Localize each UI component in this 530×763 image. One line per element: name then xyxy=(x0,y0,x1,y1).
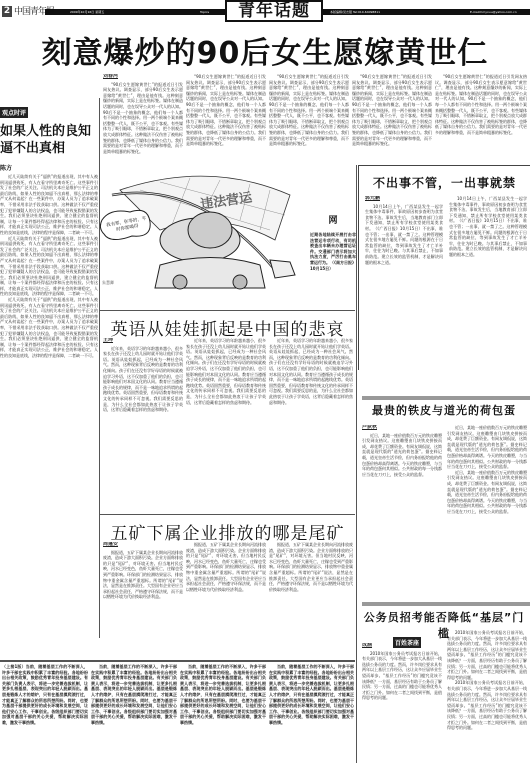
topics-label: Topics xyxy=(200,9,209,15)
main-article-author: 刘春河 xyxy=(103,74,183,80)
bottom-band-text: 当前，随着基层工作的不断深入，许多干部在实践中积累了丰富的经验。各地纷纷出台相关… xyxy=(269,664,354,726)
bottom-band-text: 当前，随着基层工作的不断深入，许多干部在实践中积累了丰富的经验。各地纷纷出台相关… xyxy=(2,664,88,725)
editor-info: 本版编辑/吴志强 Tel:010-64098811 xyxy=(330,9,380,15)
mine-article-col1: 周蓬安 据报道，五矿下属某企业长期向河流排放废渣，造成下游大面积污染。企业方面称… xyxy=(103,542,183,637)
mine-article-text: 据报道，五矿下属某企业长期向河流排放废渣，造成下游大面积污染。企业方面称排放的只… xyxy=(103,550,183,600)
bottom-band-text: 当前，随着基层工作的不断深入，许多干部在实践中积累了丰富的经验。各地纷纷出台相关… xyxy=(91,664,177,726)
english-article-col1: 王坤 近年来，英语学习的年龄越来越小，很多家长在孩子还没上幼儿园时就开始让他们学… xyxy=(103,338,183,478)
cartoon-artist: 朱慧卿 xyxy=(102,280,114,286)
main-headline: 刻意爆炒的90后女生愿嫁黄世仁 xyxy=(0,28,530,72)
mine-article-headline: 五矿下属企业排放的哪是尾矿 xyxy=(100,519,355,544)
civil-article-col1: 成涵 2010年国家公务员考试报名日前开始，有关部门表示，今年将进一步加大从基层… xyxy=(362,643,442,761)
main-article-col1: 刘春河 “90后女生愿嫁黄世仁”的报道近日引发网友热议。调查显示，部分90后女生… xyxy=(103,74,183,166)
english-article-text: 近年来，英语学习的年龄越来越小，很多家长在孩子还没上幼儿园时就开始让他们学英语。… xyxy=(269,338,353,405)
cartoon-caption-title: 网 xyxy=(310,213,356,226)
main-article-col2: “90后女生愿嫁黄世仁”的报道近日引发网友热议。调查显示，部分90后女生表示愿意… xyxy=(186,74,266,166)
english-article-author: 王坤 xyxy=(103,338,183,344)
editorial-cartoon: 违法营运 我有罪，你等的，平时你都喝得 朱慧卿 xyxy=(100,170,310,290)
right-top-author: 郭元鹏 xyxy=(365,196,443,202)
right-top-article: 不出事不管，一出事就禁 郭元鹏 10月14日上午，广西某县发生一起学生集体中毒事… xyxy=(358,165,530,370)
email-info: E-mail:hmyxuu@yahoo.com.cn xyxy=(470,9,517,15)
civil-article-text: 2010年国家公务员考试报名日前开始，有关部门表示，今年将进一步加大从基层一线选… xyxy=(362,651,442,701)
bottom-band-col3: 当前，随着基层工作的不断深入，许多干部在实践中积累了丰富的经验。各地纷纷出台相关… xyxy=(180,664,266,763)
section-title: 青年话题 xyxy=(225,0,323,22)
mine-article-text: 据报道，五矿下属某企业长期向河流排放废渣，造成下游大面积污染。企业方面称排放的只… xyxy=(269,542,353,592)
right-mid-author: 卢荻秋 xyxy=(362,425,442,431)
mine-article-col2: 据报道，五矿下属某企业长期向河流排放废渣，造成下游大面积污染。企业方面称排放的只… xyxy=(186,542,266,637)
english-article-text: 近年来，英语学习的年龄越来越小，很多家长在孩子还没上幼儿园时就开始让他们学英语。… xyxy=(186,338,266,405)
right-top-headline: 不出事不管，一出事就禁 xyxy=(359,174,530,191)
left-article-body: 近几天陆续有关于“逼供”的报道出现，其中有人被刑讯逼供致死，有人在看守所里离奇死… xyxy=(0,174,98,664)
right-top-col1: 郭元鹏 10月14日上午，广西某县发生一起学生集体中毒事件，事故原因初步查明为食… xyxy=(365,196,443,366)
section-divider xyxy=(100,514,355,515)
english-article-text: 近年来，英语学习的年龄越来越小，很多家长在孩子还没上幼儿园时就开始让他们学英语。… xyxy=(103,346,183,413)
bottom-band-col4: 当前，随着基层工作的不断深入，许多干部在实践中积累了丰富的经验。各地纷纷出台相关… xyxy=(269,664,354,763)
right-mid-text-cont: 近日，某地一座价值数百万元的铁皮雕塑引发网友热议。这座雕塑由几块铁皮拼接而成，却… xyxy=(447,470,527,515)
right-mid-col2: 近日，某地一座价值数百万元的铁皮雕塑引发网友热议。这座雕塑由几块铁皮拼接而成，却… xyxy=(447,425,527,595)
left-article-text-cont: 近几天陆续有关于“逼供”的报道出现，其中有人被刑讯逼供致死，有人在看守所里离奇死… xyxy=(0,236,98,298)
right-top-text: 10月14日上午，广西某县发生一起学生集体中毒事件，事故原因初步查明为食堂食物不… xyxy=(449,196,527,258)
civil-article-text: 2010年国家公务员考试报名日前开始，有关部门表示，今年将进一步加大从基层一线选… xyxy=(447,630,527,680)
right-column-divider xyxy=(356,165,357,763)
left-article-text: 近几天陆续有关于“逼供”的报道出现，其中有人被刑讯逼供致死，有人在看守所里离奇死… xyxy=(0,174,98,236)
mine-article-author: 周蓬安 xyxy=(103,542,183,548)
cartoon-caption: 网 近期各地陆续开展打击非法营运专项行动，有司机被查出车辆未办理营运证件。交通部… xyxy=(310,213,356,302)
left-article-author: 陈方 xyxy=(0,163,98,172)
main-article-col4: “90后女生愿嫁黄世仁”的报道近日引发网友热议。调查显示，部分90后女生表示愿意… xyxy=(352,74,432,154)
bottom-band-text: 当前，随着基层工作的不断深入，许多干部在实践中积累了丰富的经验。各地纷纷出台相关… xyxy=(180,664,266,726)
bottom-band-col2: 当前，随着基层工作的不断深入，许多干部在实践中积累了丰富的经验。各地纷纷出台相关… xyxy=(91,664,177,763)
right-mid-text: 近日，某地一座价值数百万元的铁皮雕塑引发网友热议。这座雕塑由几块铁皮拼接而成，却… xyxy=(447,425,527,470)
main-article-text: “90后女生愿嫁黄世仁”的报道近日引发网友热议。调查显示，部分90后女生表示愿意… xyxy=(103,82,183,155)
page-number: 2 xyxy=(2,6,12,17)
right-top-text: 10月14日上午，广西某县发生一起学生集体中毒事件，事故原因初步查明为食堂食物不… xyxy=(365,204,443,266)
right-mid-headline: 最贵的铁皮与道光的荷包蛋 xyxy=(358,402,530,418)
main-article-text: “90后女生愿嫁黄世仁”的报道近日引发网友热议。调查显示，部分90后女生表示愿意… xyxy=(269,74,349,147)
bottom-divider xyxy=(0,660,355,662)
civil-article-text-cont: 2010年国家公务员考试报名日前开始，有关部门表示，今年将进一步加大从基层一线选… xyxy=(447,680,527,730)
english-article-col2: 近年来，英语学习的年龄越来越小，很多家长在孩子还没上幼儿园时就开始让他们学英语。… xyxy=(186,338,266,478)
bottom-band-lead: （上接1版） xyxy=(2,664,26,669)
civil-article-col2: 2010年国家公务员考试报名日前开始，有关部门表示，今年将进一步加大从基层一线选… xyxy=(447,630,527,761)
column-tag: 观点时评 xyxy=(0,107,28,118)
main-article-text: “90后女生愿嫁黄世仁”的报道近日引发网友热议。调查显示，部分90后女生表示愿意… xyxy=(352,74,432,147)
civil-article-author: 成涵 xyxy=(362,643,442,649)
left-column-article: 观点时评 如果人性的良知逼不出真相 陈方 近几天陆续有关于“逼供”的报道出现，其… xyxy=(0,100,98,640)
left-article-text-cont2: 近几天陆续有关于“逼供”的报道出现，其中有人被刑讯逼供致死，有人在看守所里离奇死… xyxy=(0,297,98,359)
bottom-band-col1: （上接1版）当前，随着基层工作的不断深入，许多干部在实践中积累了丰富的经验。各地… xyxy=(2,664,88,763)
right-top-col2: 10月14日上午，广西某县发生一起学生集体中毒事件，事故原因初步查明为食堂食物不… xyxy=(449,196,527,366)
right-mid-text: 近日，某地一座价值数百万元的铁皮雕塑引发网友热议。这座雕塑由几块铁皮拼接而成，却… xyxy=(362,433,442,478)
main-article-text: “90后女生愿嫁黄世仁”的报道近日引发网友热议。调查显示，部分90后女生表示愿意… xyxy=(186,74,266,147)
gray-rule xyxy=(362,602,530,606)
section-divider xyxy=(100,310,355,311)
right-mid-col1: 卢荻秋 近日，某地一座价值数百万元的铁皮雕塑引发网友热议。这座雕塑由几块铁皮拼接… xyxy=(362,425,442,595)
left-article-headline: 如果人性的良知逼不出真相 xyxy=(0,123,98,157)
english-article-col3: 近年来，英语学习的年龄越来越小，很多家长在孩子还没上幼儿园时就开始让他们学英语。… xyxy=(269,338,353,478)
main-article-col3: “90后女生愿嫁黄世仁”的报道近日引发网友热议。调查显示，部分90后女生表示愿意… xyxy=(269,74,349,166)
english-article-headline: 英语从娃娃抓起是中国的悲哀 xyxy=(100,315,355,340)
mine-article-text: 据报道，五矿下属某企业长期向河流排放废渣，造成下游大面积污染。企业方面称排放的只… xyxy=(186,542,266,592)
main-article-text: “90后女生愿嫁黄世仁”的报道近日引发网友热议。调查显示，部分90后女生表示愿意… xyxy=(435,74,527,136)
masthead-logo: 中国青年报 xyxy=(14,4,54,17)
gray-rule xyxy=(362,396,530,400)
cartoon-caption-text: 近期各地陆续开展打击非法营运专项行动，有司机被查出车辆未办理营运证件。交通部门表… xyxy=(310,232,356,302)
issue-date: 2009年10月16日 星期五 xyxy=(70,9,104,15)
main-article-col5: “90后女生愿嫁黄世仁”的报道近日引发网友热议。调查显示，部分90后女生表示愿意… xyxy=(435,74,527,154)
mine-article-col3: 据报道，五矿下属某企业长期向河流排放废渣，造成下游大面积污染。企业方面称排放的只… xyxy=(269,542,353,637)
